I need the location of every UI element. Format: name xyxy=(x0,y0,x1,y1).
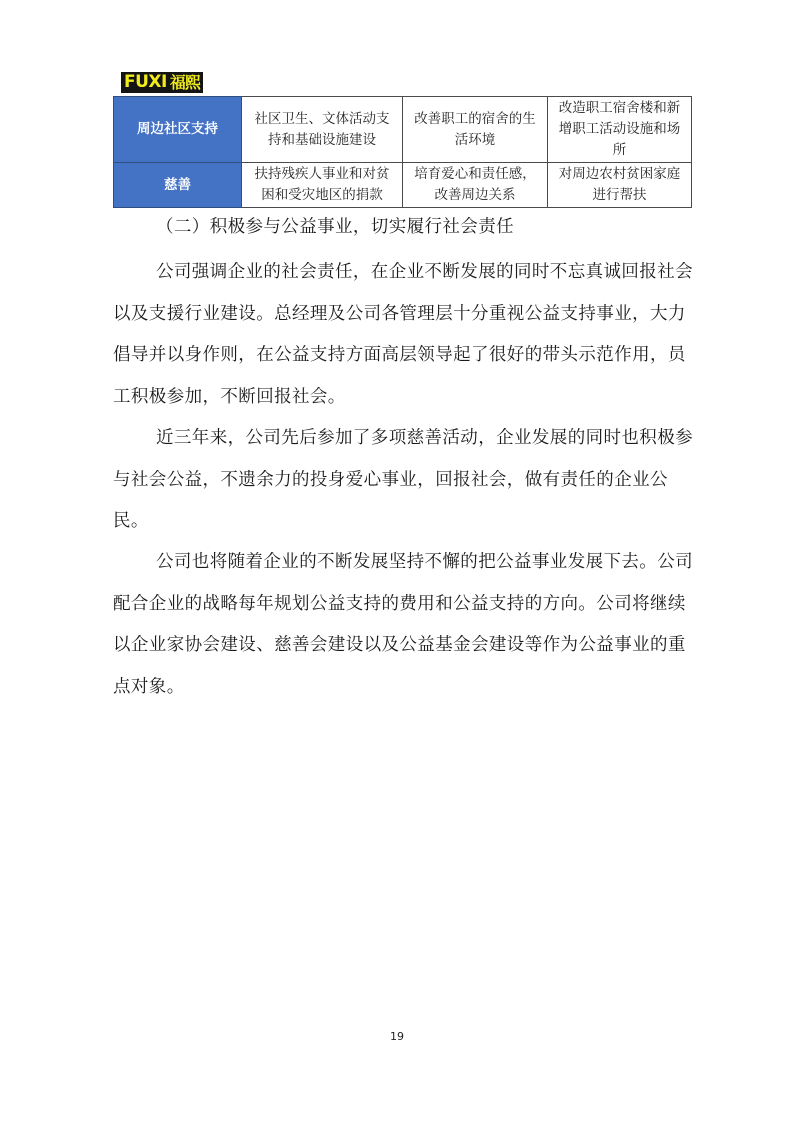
row-category-charity: 慈善 xyxy=(114,163,242,208)
table-row: 周边社区支持 社区卫生、文体活动支持和基础设施建设 改善职工的宿舍的生活环境 改… xyxy=(114,97,692,163)
row-category-community-support: 周边社区支持 xyxy=(114,97,242,163)
table-cell: 对周边农村贫困家庭进行帮扶 xyxy=(548,163,692,208)
table-cell: 培育爱心和责任感，改善周边关系 xyxy=(403,163,548,208)
company-logo: FUXI 福熙 xyxy=(121,72,203,93)
table-cell: 改善职工的宿舍的生活环境 xyxy=(403,97,548,163)
table-row: 慈善 扶持残疾人事业和对贫困和受灾地区的捐款 培育爱心和责任感，改善周边关系 对… xyxy=(114,163,692,208)
table-cell: 扶持残疾人事业和对贫困和受灾地区的捐款 xyxy=(242,163,403,208)
page-number: 19 xyxy=(0,1030,794,1043)
logo-latin-text: FUXI xyxy=(124,72,167,93)
section-heading: （二）积极参与公益事业，切实履行社会责任 xyxy=(156,212,514,242)
body-paragraph: 公司也将随着企业的不断发展坚持不懈的把公益事业发展下去。公司配合企业的战略每年规… xyxy=(113,542,693,708)
body-paragraph: 近三年来，公司先后参加了多项慈善活动，企业发展的同时也积极参与社会公益，不遗余力… xyxy=(113,418,693,543)
logo-cjk-text: 福熙 xyxy=(170,72,200,93)
table-cell: 社区卫生、文体活动支持和基础设施建设 xyxy=(242,97,403,163)
table-cell: 改造职工宿舍楼和新增职工活动设施和场所 xyxy=(548,97,692,163)
body-paragraph: 公司强调企业的社会责任，在企业不断发展的同时不忘真诚回报社会以及支援行业建设。总… xyxy=(113,252,693,418)
csr-table: 周边社区支持 社区卫生、文体活动支持和基础设施建设 改善职工的宿舍的生活环境 改… xyxy=(113,96,692,208)
